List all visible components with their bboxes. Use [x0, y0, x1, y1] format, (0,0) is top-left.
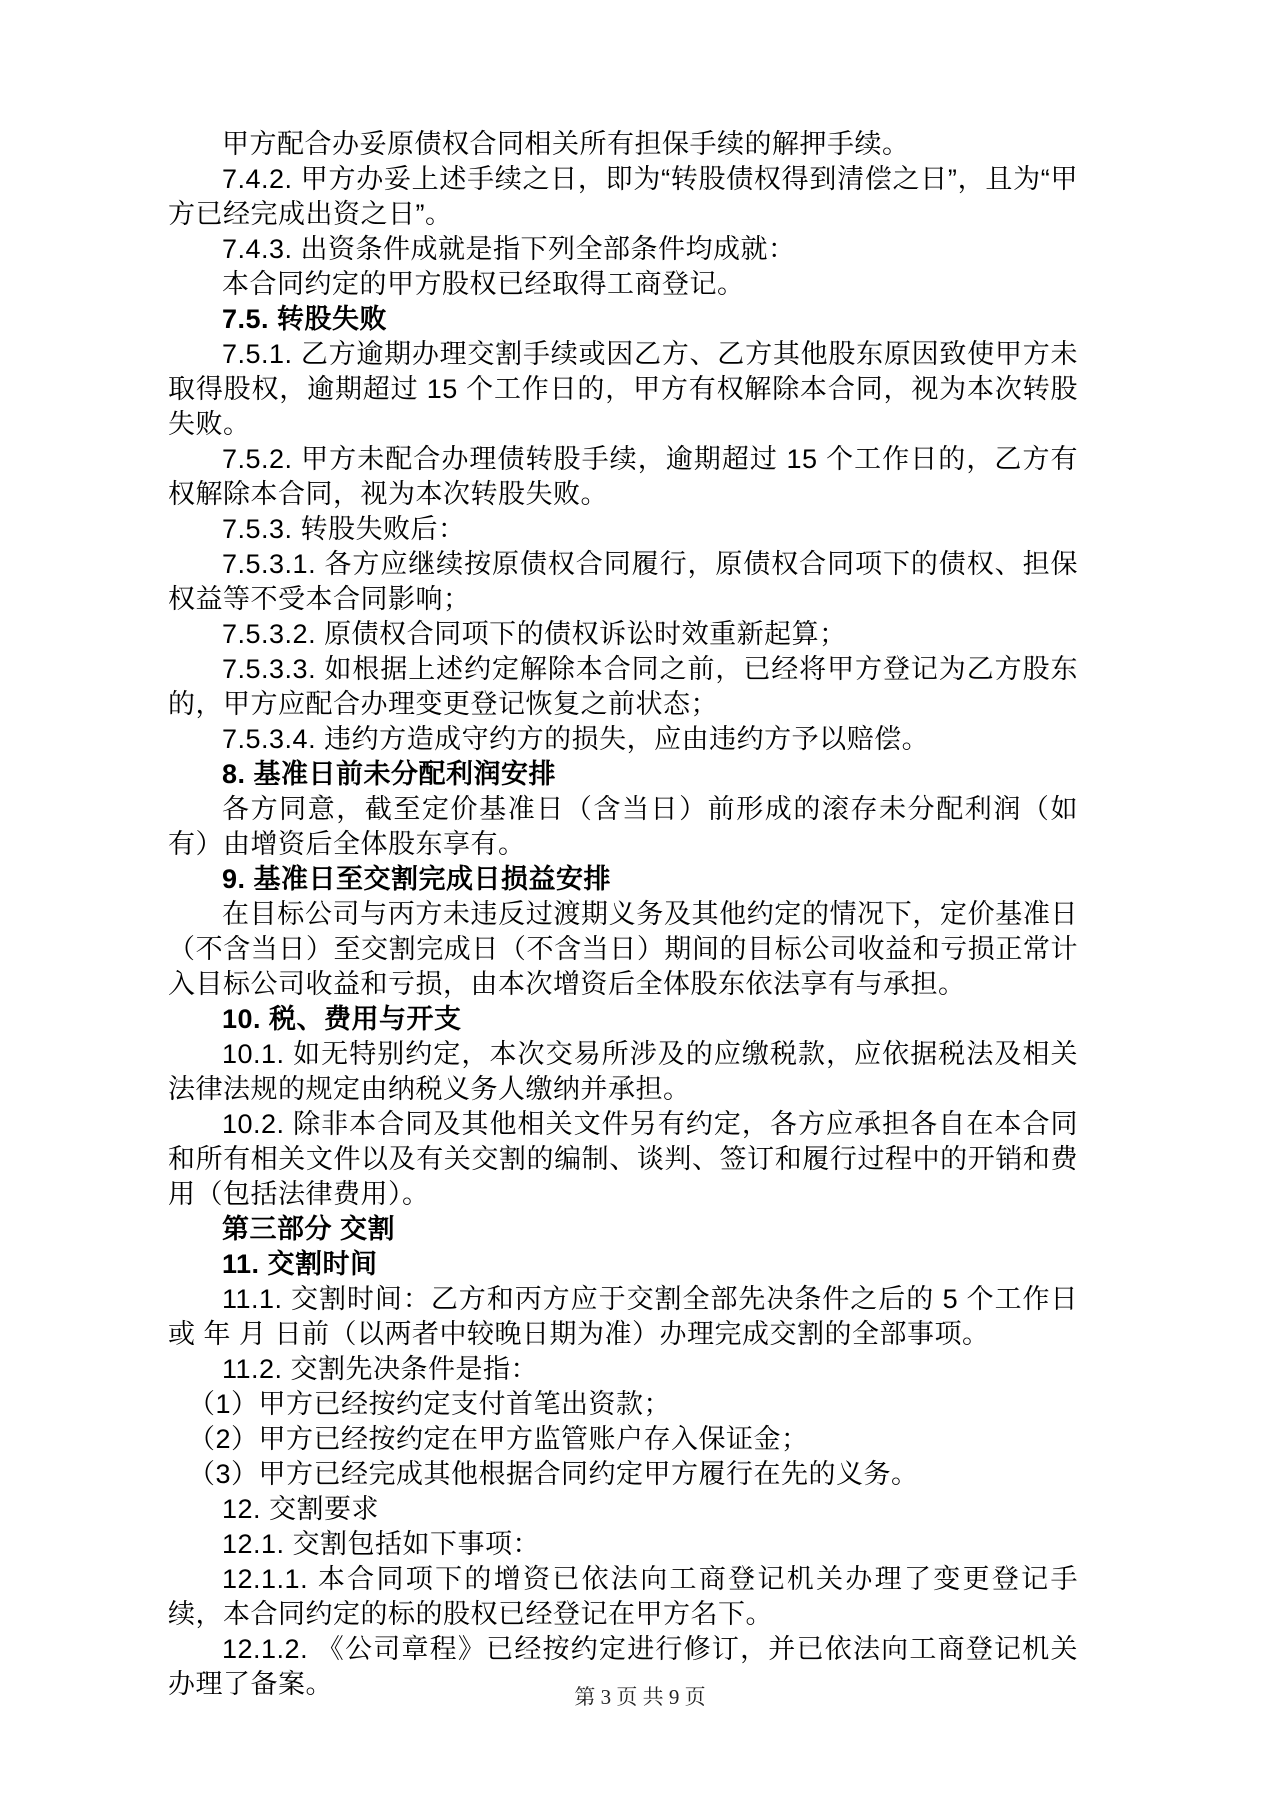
clause-7-5-3-4: 7.5.3.4. 违约方造成守约方的损失，应由违约方予以赔偿。 [168, 722, 1078, 757]
heading-9: 9. 基准日至交割完成日损益安排 [168, 862, 1078, 897]
clause-12-1-1: 12.1.1. 本合同项下的增资已依法向工商登记机关办理了变更登记手续，本合同约… [168, 1562, 1078, 1632]
document-body: 甲方配合办妥原债权合同相关所有担保手续的解押手续。 7.4.2. 甲方办妥上述手… [168, 127, 1078, 1702]
clause-7-5-2: 7.5.2. 甲方未配合办理债转股手续，逾期超过 15 个工作日的，乙方有权解除… [168, 442, 1078, 512]
contract-page: 甲方配合办妥原债权合同相关所有担保手续的解押手续。 7.4.2. 甲方办妥上述手… [0, 0, 1280, 1811]
clause-11-2-item-1: （1）甲方已经按约定支付首笔出资款； [168, 1387, 1078, 1422]
heading-8: 8. 基准日前未分配利润安排 [168, 757, 1078, 792]
clause-7-5-3: 7.5.3. 转股失败后： [168, 512, 1078, 547]
heading-10: 10. 税、费用与开支 [168, 1002, 1078, 1037]
clause-11-2: 11.2. 交割先决条件是指： [168, 1352, 1078, 1387]
heading-11: 11. 交割时间 [168, 1247, 1078, 1282]
clause-10-1: 10.1. 如无特别约定，本次交易所涉及的应缴税款，应依据税法及相关法律法规的规… [168, 1037, 1078, 1107]
clause-7-5-1: 7.5.1. 乙方逾期办理交割手续或因乙方、乙方其他股东原因致使甲方未取得股权，… [168, 337, 1078, 442]
heading-7-5: 7.5. 转股失败 [168, 302, 1078, 337]
clause-7-5-3-3: 7.5.3.3. 如根据上述约定解除本合同之前，已经将甲方登记为乙方股东的，甲方… [168, 652, 1078, 722]
clause-11-1: 11.1. 交割时间：乙方和丙方应于交割全部先决条件之后的 5 个工作日或 年 … [168, 1282, 1078, 1352]
clause-12-1: 12.1. 交割包括如下事项： [168, 1527, 1078, 1562]
clause-9-text: 在目标公司与丙方未违反过渡期义务及其他约定的情况下，定价基准日（不含当日）至交割… [168, 897, 1078, 1002]
clause-7-4-3-item: 本合同约定的甲方股权已经取得工商登记。 [168, 267, 1078, 302]
clause-12: 12. 交割要求 [168, 1492, 1078, 1527]
clause-11-2-item-2: （2）甲方已经按约定在甲方监管账户存入保证金； [168, 1422, 1078, 1457]
clause-11-2-item-3: （3）甲方已经完成其他根据合同约定甲方履行在先的义务。 [168, 1457, 1078, 1492]
clause-7-4-2: 7.4.2. 甲方办妥上述手续之日，即为“转股债权得到清偿之日”，且为“甲方已经… [168, 162, 1078, 232]
page-number: 第 3 页 共 9 页 [0, 1683, 1280, 1711]
clause-10-2: 10.2. 除非本合同及其他相关文件另有约定，各方应承担各自在本合同和所有相关文… [168, 1107, 1078, 1212]
heading-part-3: 第三部分 交割 [168, 1212, 1078, 1247]
clause-7-5-3-1: 7.5.3.1. 各方应继续按原债权合同履行，原债权合同项下的债权、担保权益等不… [168, 547, 1078, 617]
clause-7-5-3-2: 7.5.3.2. 原债权合同项下的债权诉讼时效重新起算； [168, 617, 1078, 652]
clause-7-4-3: 7.4.3. 出资条件成就是指下列全部条件均成就： [168, 232, 1078, 267]
clause-8-text: 各方同意，截至定价基准日（含当日）前形成的滚存未分配利润（如有）由增资后全体股东… [168, 792, 1078, 862]
clause-7-4-1-text: 甲方配合办妥原债权合同相关所有担保手续的解押手续。 [168, 127, 1078, 162]
